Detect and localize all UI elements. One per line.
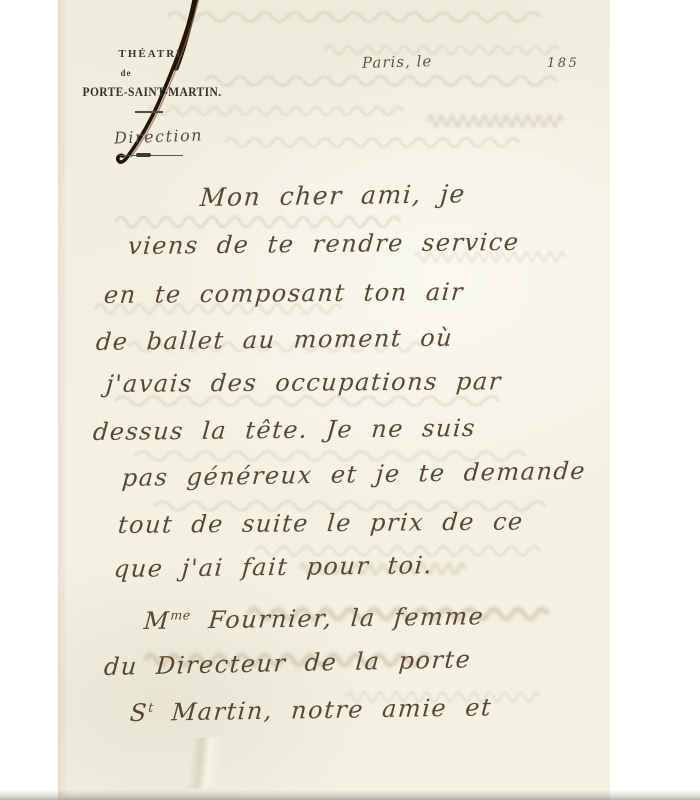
line-text: tout de suite le prix de ce <box>117 507 525 539</box>
line-sup: me <box>170 607 191 622</box>
line-text: Martin, notre amie et <box>152 693 493 726</box>
dateline-city: Paris, le <box>362 52 433 72</box>
scan-bottom-edge <box>0 790 700 800</box>
line-text: Mon cher ami, je <box>199 179 467 212</box>
letterhead-de: de <box>102 68 150 78</box>
handwriting-line: dessus la tête. Je ne suis <box>92 414 477 446</box>
line-pre: S <box>129 699 149 727</box>
line-text: Fournier, la femme <box>189 602 485 634</box>
letterhead-theatre: THÉATRE <box>100 48 204 60</box>
handwriting-line: que j'ai fait pour toi. <box>113 551 434 583</box>
handwriting-line: St Martin, notre amie et <box>129 693 493 727</box>
line-text: en te composant ton air <box>103 278 465 309</box>
line-text: viens de te rendre service <box>127 228 521 260</box>
letterhead-rule <box>135 111 163 113</box>
handwriting-line: Mon cher ami, je <box>199 179 467 212</box>
handwriting-line: Mme Fournier, la femme <box>143 602 485 635</box>
dateline-year-placeholder: 185 <box>547 56 579 71</box>
letterhead-direction: Direction <box>114 125 204 147</box>
line-pre: M <box>143 607 171 635</box>
paper-left-edge-shade <box>58 0 68 800</box>
handwriting-line: en te composant ton air <box>103 278 465 309</box>
direction-rule-thin <box>119 155 183 156</box>
handwriting-line: de ballet au moment où <box>95 324 454 356</box>
handwriting-line: viens de te rendre service <box>127 228 521 260</box>
handwriting-line: tout de suite le prix de ce <box>117 507 525 539</box>
scanned-letter-page: THÉATRE de PORTE-SAINT-MARTIN. Direction… <box>0 0 700 800</box>
handwriting-line: j'avais des occupations par <box>105 367 503 398</box>
line-text: j'avais des occupations par <box>105 367 503 398</box>
letterhead-name: PORTE-SAINT-MARTIN. <box>82 87 222 100</box>
direction-rule-thick <box>136 153 151 157</box>
line-text: dessus la tête. Je ne suis <box>92 414 477 446</box>
line-text: que j'ai fait pour toi. <box>113 551 434 583</box>
line-text: de ballet au moment où <box>95 324 454 356</box>
